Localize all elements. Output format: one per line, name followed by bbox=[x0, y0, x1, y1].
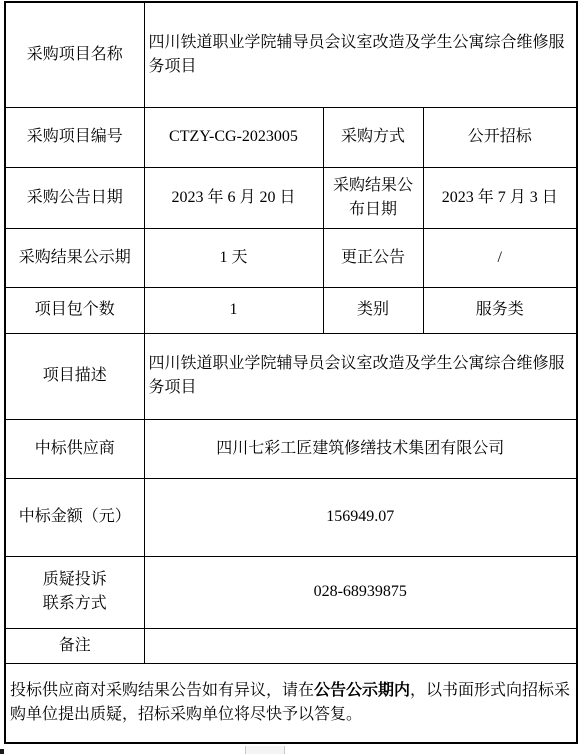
winning-supplier-label: 中标供应商 bbox=[5, 419, 144, 478]
result-publish-date-value: 2023 年 7 月 3 日 bbox=[423, 167, 577, 228]
remarks-label: 备注 bbox=[5, 628, 144, 663]
procurement-method-label: 采购方式 bbox=[323, 107, 423, 167]
project-name-label: 采购项目名称 bbox=[5, 2, 144, 107]
table-row: 投标供应商对采购结果公告如有异议，请在公告公示期内，以书面形式向招标采购单位提出… bbox=[5, 663, 577, 743]
project-number-label: 采购项目编号 bbox=[5, 107, 144, 167]
category-label: 类别 bbox=[323, 287, 423, 333]
objection-notice: 投标供应商对采购结果公告如有异议，请在公告公示期内，以书面形式向招标采购单位提出… bbox=[5, 663, 577, 743]
project-name-value: 四川铁道职业学院辅导员会议室改造及学生公寓综合维修服务项目 bbox=[144, 2, 577, 107]
objection-notice-text-bold: 公告公示期内 bbox=[314, 682, 410, 699]
table-row: 质疑投诉 联系方式 028-68939875 bbox=[5, 556, 577, 628]
complaint-contact-label: 质疑投诉 联系方式 bbox=[5, 556, 144, 628]
page: 采购项目名称 四川铁道职业学院辅导员会议室改造及学生公寓综合维修服务项目 采购项… bbox=[0, 0, 582, 755]
table-row: 采购项目名称 四川铁道职业学院辅导员会议室改造及学生公寓综合维修服务项目 bbox=[5, 2, 577, 107]
announcement-date-value: 2023 年 6 月 20 日 bbox=[144, 167, 323, 228]
table-row: 采购结果公示期 1 天 更正公告 / bbox=[5, 228, 577, 287]
project-number-value: CTZY-CG-2023005 bbox=[144, 107, 323, 167]
correction-notice-label: 更正公告 bbox=[323, 228, 423, 287]
objection-notice-text-before: 投标供应商对采购结果公告如有异议，请在 bbox=[10, 682, 314, 699]
horizontal-scrollbar-thumb[interactable] bbox=[245, 746, 285, 754]
result-publicity-period-value: 1 天 bbox=[144, 228, 323, 287]
winning-amount-label: 中标金额（元） bbox=[5, 478, 144, 556]
category-value: 服务类 bbox=[423, 287, 577, 333]
correction-notice-value: / bbox=[423, 228, 577, 287]
package-count-value: 1 bbox=[144, 287, 323, 333]
procurement-method-value: 公开招标 bbox=[423, 107, 577, 167]
table-row: 中标供应商 四川七彩工匠建筑修缮技术集团有限公司 bbox=[5, 419, 577, 478]
project-description-value: 四川铁道职业学院辅导员会议室改造及学生公寓综合维修服务项目 bbox=[144, 333, 577, 419]
table-row: 项目包个数 1 类别 服务类 bbox=[5, 287, 577, 333]
corner-artifact bbox=[0, 749, 4, 754]
table-row: 采购公告日期 2023 年 6 月 20 日 采购结果公布日期 2023 年 7… bbox=[5, 167, 577, 228]
complaint-contact-value: 028-68939875 bbox=[144, 556, 577, 628]
winning-amount-value: 156949.07 bbox=[144, 478, 577, 556]
result-publicity-period-label: 采购结果公示期 bbox=[5, 228, 144, 287]
table-row: 采购项目编号 CTZY-CG-2023005 采购方式 公开招标 bbox=[5, 107, 577, 167]
announcement-date-label: 采购公告日期 bbox=[5, 167, 144, 228]
table-row: 备注 bbox=[5, 628, 577, 663]
result-publish-date-label: 采购结果公布日期 bbox=[323, 167, 423, 228]
remarks-value bbox=[144, 628, 577, 663]
procurement-result-table: 采购项目名称 四川铁道职业学院辅导员会议室改造及学生公寓综合维修服务项目 采购项… bbox=[4, 1, 578, 744]
winning-supplier-value: 四川七彩工匠建筑修缮技术集团有限公司 bbox=[144, 419, 577, 478]
table-row: 中标金额（元） 156949.07 bbox=[5, 478, 577, 556]
project-description-label: 项目描述 bbox=[5, 333, 144, 419]
package-count-label: 项目包个数 bbox=[5, 287, 144, 333]
table-row: 项目描述 四川铁道职业学院辅导员会议室改造及学生公寓综合维修服务项目 bbox=[5, 333, 577, 419]
